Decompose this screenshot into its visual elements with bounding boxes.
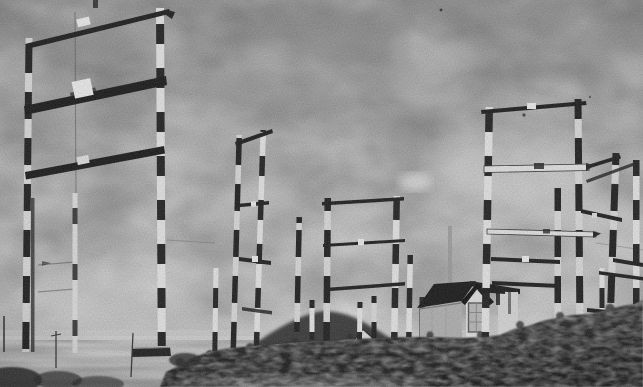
photo-canvas [0,0,643,387]
photograph [0,0,643,387]
vignette [0,0,643,387]
